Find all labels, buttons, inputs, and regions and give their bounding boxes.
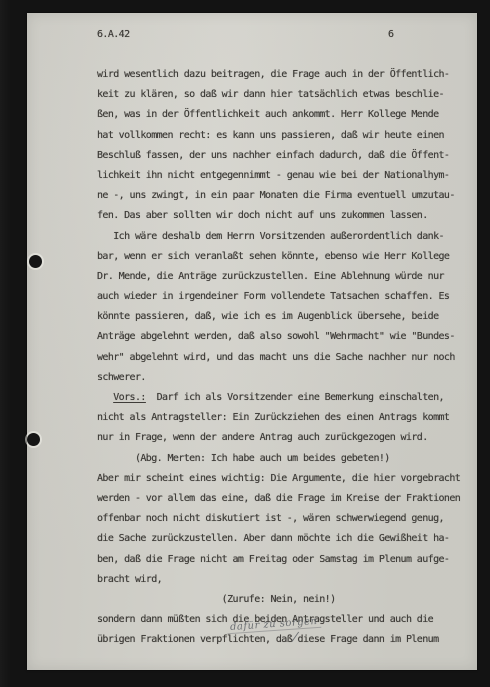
text-line: bar, wenn er sich veranlaßt sehen könnte… — [97, 247, 472, 267]
text-line: offenbar noch nicht diskutiert ist -, wä… — [97, 509, 472, 529]
text-line: nicht als Antragsteller: Ein Zurückziehe… — [97, 408, 472, 428]
text-line: wird wesentlich dazu beitragen, die Frag… — [97, 65, 472, 85]
text-line: Anträge abgelehnt werden, daß also sowoh… — [97, 327, 472, 347]
text-line: die Sache zurückzustellen. Aber dann möc… — [97, 529, 472, 549]
text-line: Vors.: Darf ich als Vorsitzender eine Be… — [97, 388, 472, 408]
text-line: (Zurufe: Nein, nein!) — [97, 590, 472, 610]
hole-punch-top — [29, 255, 42, 268]
text-line: ne -, uns zwingt, in ein paar Monaten di… — [97, 186, 472, 206]
text-line: schwerer. — [97, 368, 472, 388]
document-page: 6.A.42 6 wird wesentlich dazu beitragen,… — [27, 13, 477, 670]
text-line: (Abg. Merten: Ich habe auch um beides ge… — [97, 449, 472, 469]
text-line: werden - vor allem das eine, daß die Fra… — [97, 489, 472, 509]
text-line: fen. Das aber sollten wir doch nicht auf… — [97, 206, 472, 226]
text-line: ßen, was in der Öffentlichkeit auch anko… — [97, 105, 472, 125]
text-line: könnte passieren, daß, wie ich es im Aug… — [97, 307, 472, 327]
text-line: Aber mir scheint eines wichtig: Die Argu… — [97, 469, 472, 489]
text-line: auch wieder in irgendeiner Form vollende… — [97, 287, 472, 307]
text-line: nur in Frage, wenn der andere Antrag auc… — [97, 428, 472, 448]
text-line: bracht wird, — [97, 570, 472, 590]
text-line: ben, daß die Frage nicht am Freitag oder… — [97, 550, 472, 570]
page-number: 6 — [388, 29, 393, 40]
text-line: Ich wäre deshalb dem Herrn Vorsitzenden … — [97, 227, 472, 247]
text-line: Dr. Mende, die Anträge zurückzustellen. … — [97, 267, 472, 287]
text-line: keit zu klären, so daß wir dann hier tat… — [97, 85, 472, 105]
text-line: Beschluß fassen, der uns nachher einfach… — [97, 146, 472, 166]
text-line: wehr" abgelehnt wird, und das macht uns … — [97, 348, 472, 368]
text-line: übrigen Fraktionen verpflichten, daß die… — [97, 630, 472, 650]
text-line: lichkeit ihn nicht entgegennimmt - genau… — [97, 166, 472, 186]
text-line: hat vollkommen recht: es kann uns passie… — [97, 126, 472, 146]
scan-background: 6.A.42 6 wird wesentlich dazu beitragen,… — [0, 0, 490, 687]
hole-punch-bottom — [27, 433, 40, 446]
typewritten-text: wird wesentlich dazu beitragen, die Frag… — [97, 65, 472, 650]
header-code: 6.A.42 — [97, 29, 130, 40]
